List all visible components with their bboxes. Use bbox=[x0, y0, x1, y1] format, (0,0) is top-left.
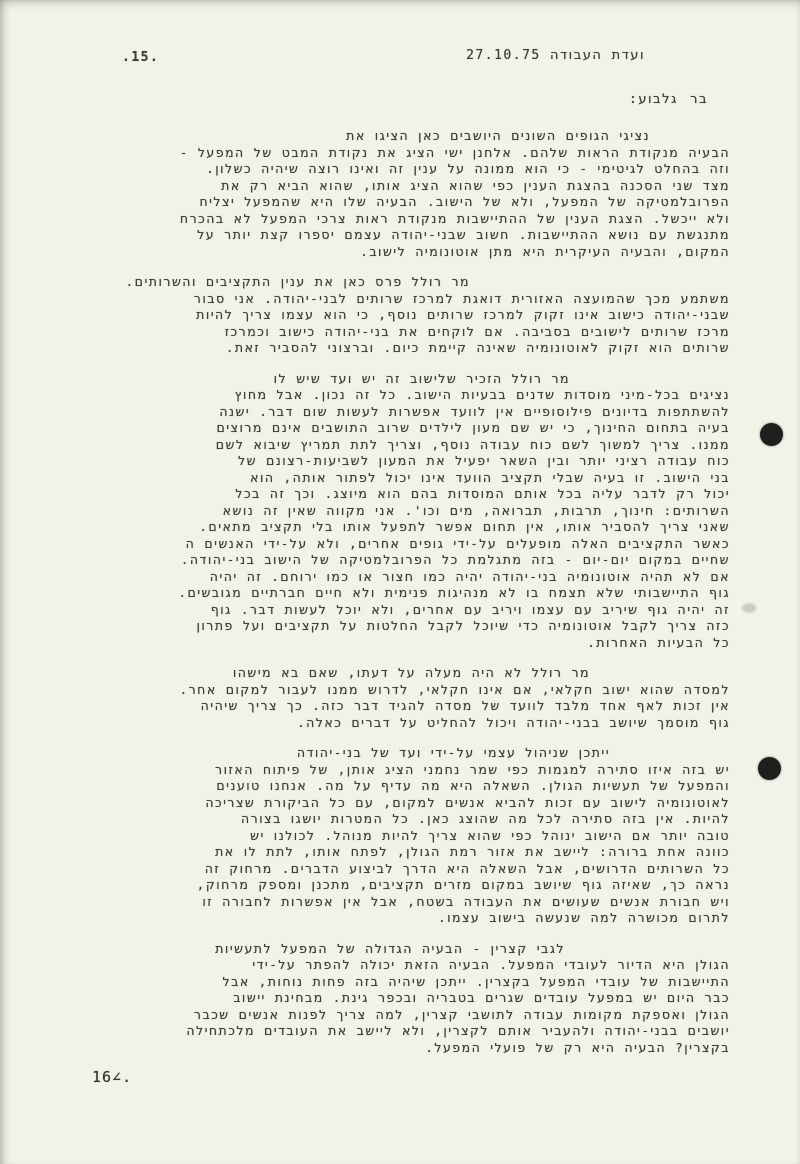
text-line: נציגי הגופים השונים היושבים כאן הציגו את bbox=[48, 128, 730, 145]
hole-punch-mark bbox=[758, 757, 781, 780]
text-line: לאוטונומיה לישוב עם זכות להביא אנשים למק… bbox=[48, 795, 730, 812]
text-line: כבר היום יש במפעל עובדים שגרים בטבריה וב… bbox=[48, 990, 730, 1007]
scanned-document-page: .15. ועדת העבודה 27.10.75 בר גלבוע: נציג… bbox=[0, 0, 800, 1164]
text-line: כזה צריך לקבל אוטונומיה כדי שיוכל לקבל ה… bbox=[48, 618, 730, 635]
text-line: להיות. אין בזה סתירה לכל מה שהוצג כאן. כ… bbox=[48, 811, 730, 828]
text-line: מר רולל לא היה מעלה על דעתו, שאם בא מישה… bbox=[48, 665, 730, 682]
committee-date-header: ועדת העבודה 27.10.75 bbox=[466, 48, 645, 63]
text-line: שאני צריך להסביר אותו, אין תחום אפשר לתפ… bbox=[48, 519, 730, 536]
page-number: .15. bbox=[122, 50, 159, 65]
paragraph: מר רולל לא היה מעלה על דעתו, שאם בא מישה… bbox=[48, 665, 730, 731]
text-line: כל השרותים הדרושים, אבל השאלה היא הדרך ל… bbox=[48, 861, 730, 878]
text-line: יש בזה איזו סתירה למגמות כפי שמר נחמני ה… bbox=[48, 762, 730, 779]
paragraph: מר רולל הזכיר שלישוב זה יש ועד שיש לונצי… bbox=[48, 371, 730, 652]
text-line: לתרום מכושרה למה שנעשה בישוב עצמו. bbox=[48, 910, 730, 927]
text-line: בני הישוב. זו בעיה שבלי תקציב הוועד אינו… bbox=[48, 470, 730, 487]
text-line: כוונה אחת ברורה: ליישב את אזור רמת הגולן… bbox=[48, 844, 730, 861]
text-line: להשתתפות בדיונים פילוסופיים אין לוועד אפ… bbox=[48, 404, 730, 421]
text-line: ממנו. צריך למשוך לשם כוח עבודה נוסף, וצר… bbox=[48, 437, 730, 454]
paragraph: מר רולל פרס כאן את ענין התקציבים והשרותי… bbox=[48, 274, 730, 357]
text-line: מר רולל הזכיר שלישוב זה יש ועד שיש לו bbox=[48, 371, 730, 388]
speaker-name: בר גלבוע: bbox=[629, 92, 708, 107]
text-line: הפרובלמטיקה של המפעל, ולא של הישוב. הבעי… bbox=[48, 194, 730, 211]
text-line: יכול רק לדבר עליה בכל אותם המוסדות בהם ה… bbox=[48, 486, 730, 503]
text-line: אם לא תהיה אוטונומיה בני-יהודה יהיה כמו … bbox=[48, 569, 730, 586]
text-line: שבני-יהודה כישוב אינו זקוק למרכז שרותים … bbox=[48, 307, 730, 324]
text-line: מצד שני הסכנה בהצגת הענין כפי שהוא הציג … bbox=[48, 178, 730, 195]
text-line: שרותים הוא זקוק לאוטונומיה שאינה קיימת כ… bbox=[48, 340, 730, 357]
smudge-mark bbox=[742, 603, 756, 613]
text-line: המקום, והבעיה העיקרית היא מתן אוטונומיה … bbox=[48, 244, 730, 261]
text-line: הבעיה מנקודת הראות שלהם. אלחנן ישי הציג … bbox=[48, 145, 730, 162]
text-line: כוח עבודה רציני יותר ובין השאר יפעיל את … bbox=[48, 453, 730, 470]
text-line: מרכז שרותים לישובים בסביבה. אם לוקחים את… bbox=[48, 324, 730, 341]
text-line: נציגים בכל-מיני מוסדות שדנים בבעיות הישו… bbox=[48, 387, 730, 404]
footer-page-mark: 16∠. bbox=[92, 1068, 132, 1086]
text-line: וזה בהחלט לגיטימי - כי הוא ממונה על ענין… bbox=[48, 161, 730, 178]
paragraph: נציגי הגופים השונים היושבים כאן הציגו את… bbox=[48, 128, 730, 260]
text-line: הגולן היא הדיור לעובדי המפעל. הבעיה הזאת… bbox=[48, 957, 730, 974]
text-line: נראה כך, שאיזה גוף שיושב במקום מזרים תקצ… bbox=[48, 877, 730, 894]
text-line: שחיים במקום יום-יום - בזה מתגלמת כל הפרו… bbox=[48, 552, 730, 569]
text-line: יושבים בבני-יהודה ולהעביר אותם לקצרין, ו… bbox=[48, 1023, 730, 1040]
hole-punch-mark bbox=[760, 423, 783, 446]
text-line: השרותים: חינוך, תרבות, תברואה, מים וכו'.… bbox=[48, 503, 730, 520]
text-line: מתנגשת עם נושא ההתיישבות. חשוב שבני-יהוד… bbox=[48, 227, 730, 244]
paragraphs: נציגי הגופים השונים היושבים כאן הציגו את… bbox=[48, 128, 730, 1070]
text-line: ויש חבורת אנשים שעושים את העבודה בשטח, א… bbox=[48, 894, 730, 911]
text-line: מר רולל פרס כאן את ענין התקציבים והשרותי… bbox=[48, 274, 730, 291]
text-line: טובה יותר אם הישוב ינוהל כפי שהוא צריך ל… bbox=[48, 828, 730, 845]
text-line: התיישבות של עובדי המפעל בקצרין. ייתכן שי… bbox=[48, 974, 730, 991]
text-line: כל הבעיות האחרות. bbox=[48, 635, 730, 652]
text-line: אין זכות לאף אחד מלבד לוועד של מסדה להגי… bbox=[48, 698, 730, 715]
text-line: כאשר התקציבים האלה מופעלים על-ידי גופים … bbox=[48, 536, 730, 553]
text-line: בעיה בתחום החינוך, כי יש שם מעון לילדים … bbox=[48, 420, 730, 437]
text-line: למסדה שהוא ישוב חקלאי, אם אינו חקלאי, לד… bbox=[48, 682, 730, 699]
text-line: והמפעל של תעשיות הגולן. השאלה היא מה עדי… bbox=[48, 778, 730, 795]
text-line: זה יהיה גוף שיריב עם עצמו ויריב עם אחרים… bbox=[48, 602, 730, 619]
paragraph: ייתכן שניהול עצמי על-ידי ועד של בני-יהוד… bbox=[48, 745, 730, 927]
text-line: בקצרין? הבעיה היא רק של פועלי המפעל. bbox=[48, 1040, 730, 1057]
paragraph: לגבי קצרין - הבעיה הגדולה של המפעל לתעשי… bbox=[48, 941, 730, 1057]
text-line: ולא ייכשל. הצגת הענין של ההתיישבות מנקוד… bbox=[48, 211, 730, 228]
text-line: גוף התיישבותי שלא תצמח בו לא מנהיגות פני… bbox=[48, 585, 730, 602]
text-line: גוף מוסמך שיושב בבני-יהודה ויכול להחליט … bbox=[48, 715, 730, 732]
text-line: לגבי קצרין - הבעיה הגדולה של המפעל לתעשי… bbox=[48, 941, 730, 958]
text-line: הגולן ואספקת מקומות עבודה לתושבי קצרין, … bbox=[48, 1007, 730, 1024]
text-line: ייתכן שניהול עצמי על-ידי ועד של בני-יהוד… bbox=[48, 745, 730, 762]
text-line: משתמע מכך שהמועצה האזורית דואגת למרכז שר… bbox=[48, 291, 730, 308]
